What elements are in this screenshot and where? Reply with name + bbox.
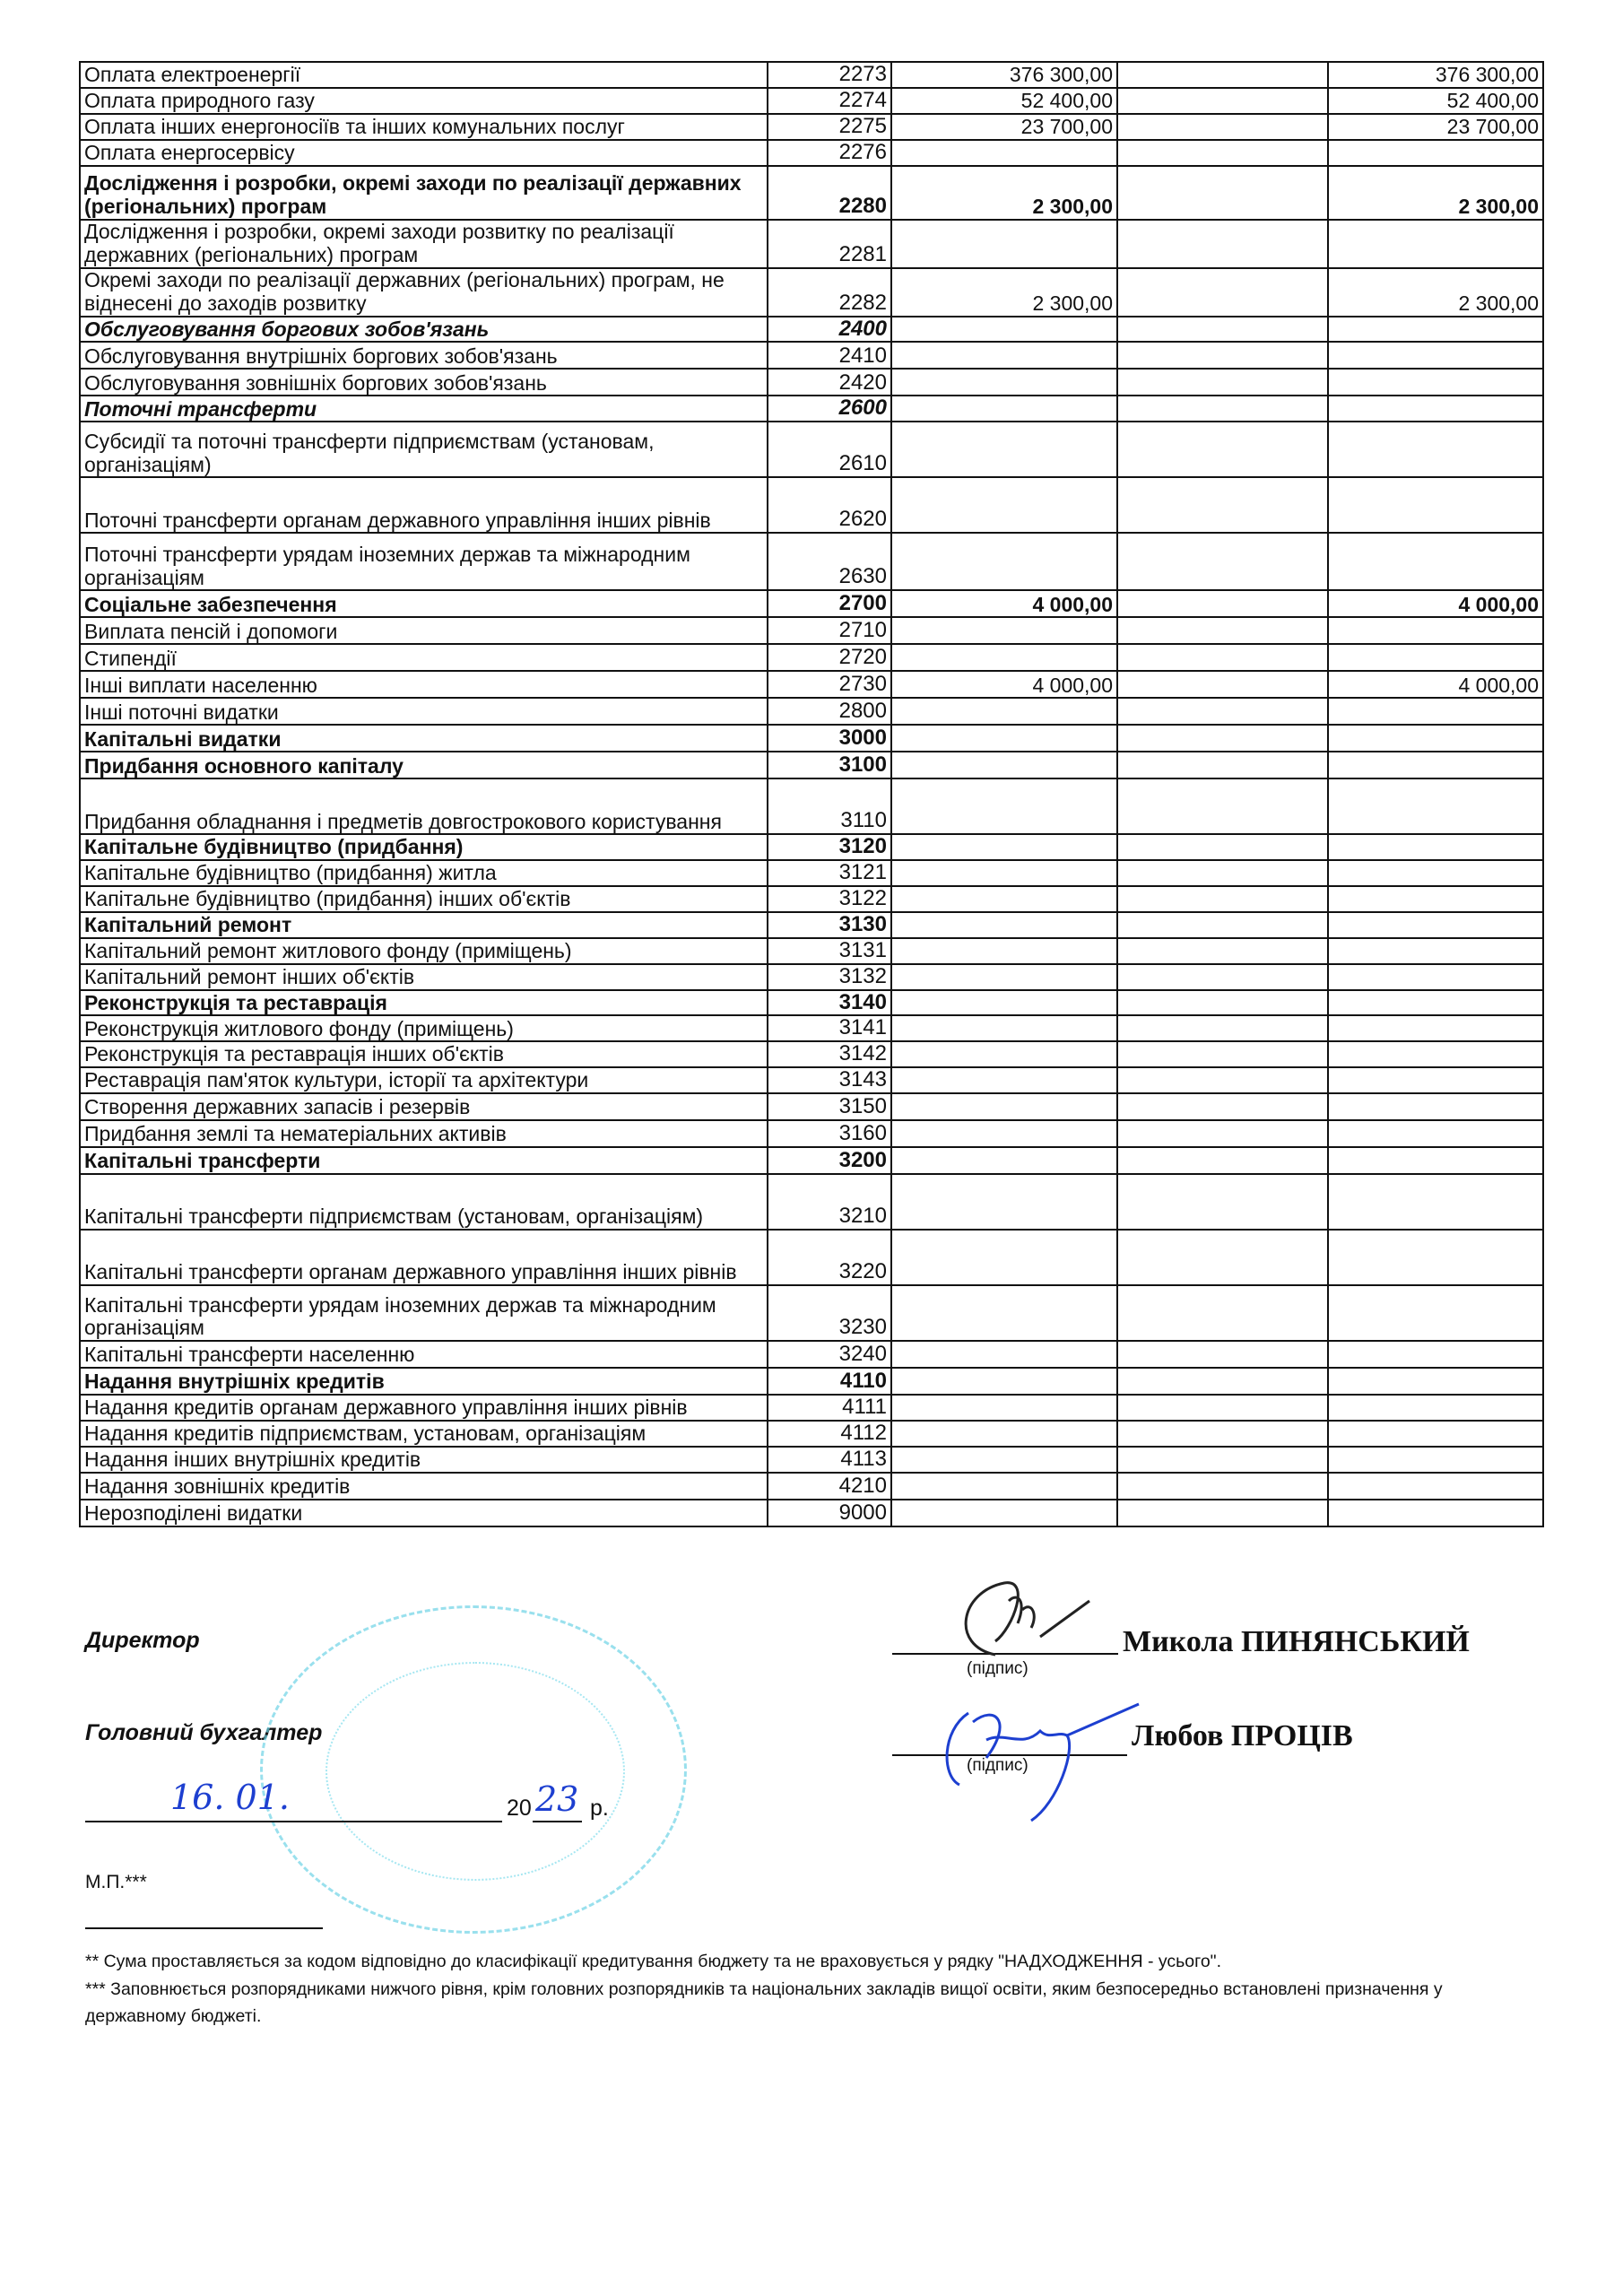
row-name: Оплата електроенергії [80, 62, 768, 88]
row-amount-general: 376 300,00 [891, 62, 1117, 88]
table-row: Надання зовнішніх кредитів4210 [80, 1473, 1543, 1500]
table-row: Обслуговування зовнішніх боргових зобов'… [80, 369, 1543, 396]
row-amount-general [891, 1147, 1117, 1174]
row-name: Придбання обладнання і предметів довгост… [80, 778, 768, 834]
row-amount-general [891, 617, 1117, 644]
row-amount-total [1328, 1395, 1543, 1421]
row-amount-total: 2 300,00 [1328, 166, 1543, 220]
row-amount-total: 2 300,00 [1328, 268, 1543, 317]
row-amount-total [1328, 886, 1543, 912]
row-name: Оплата енергосервісу [80, 140, 768, 166]
table-row: Реконструкція житлового фонду (приміщень… [80, 1015, 1543, 1041]
table-row: Реконструкція та реставрація інших об'єк… [80, 1041, 1543, 1067]
row-amount-general [891, 1368, 1117, 1395]
footnote-3: *** Заповнюється розпорядниками нижчого … [85, 1976, 1538, 2030]
row-amount-general [891, 1500, 1117, 1526]
row-amount-special [1117, 477, 1328, 533]
row-amount-general [891, 698, 1117, 725]
row-code: 2420 [768, 369, 891, 396]
row-amount-total [1328, 369, 1543, 396]
row-amount-total [1328, 1174, 1543, 1230]
row-code: 2710 [768, 617, 891, 644]
row-name: Обслуговування боргових зобов'язань [80, 317, 768, 343]
table-row: Поточні трансферти2600 [80, 396, 1543, 422]
table-row: Надання кредитів органам державного упра… [80, 1395, 1543, 1421]
row-amount-total [1328, 964, 1543, 990]
row-amount-total [1328, 860, 1543, 886]
row-amount-general [891, 1093, 1117, 1120]
row-amount-general [891, 912, 1117, 938]
row-name: Капітальний ремонт [80, 912, 768, 938]
row-name: Реставрація пам'яток культури, історії т… [80, 1067, 768, 1093]
row-code: 2720 [768, 644, 891, 671]
row-amount-general [891, 422, 1117, 477]
row-code: 2700 [768, 590, 891, 617]
row-amount-special [1117, 834, 1328, 860]
table-row: Капітальне будівництво (придбання) житла… [80, 860, 1543, 886]
row-amount-special [1117, 88, 1328, 114]
row-amount-total: 376 300,00 [1328, 62, 1543, 88]
row-amount-total [1328, 752, 1543, 778]
row-amount-general [891, 1174, 1117, 1230]
row-amount-special [1117, 1067, 1328, 1093]
row-amount-special [1117, 1447, 1328, 1473]
row-name: Капітальні трансферти органам державного… [80, 1230, 768, 1285]
row-name: Оплата природного газу [80, 88, 768, 114]
row-amount-general [891, 342, 1117, 369]
row-amount-special [1117, 62, 1328, 88]
row-amount-total [1328, 725, 1543, 752]
row-amount-general [891, 1473, 1117, 1500]
row-code: 2620 [768, 477, 891, 533]
row-code: 2800 [768, 698, 891, 725]
row-amount-special [1117, 1174, 1328, 1230]
row-code: 3121 [768, 860, 891, 886]
row-amount-general [891, 1341, 1117, 1368]
table-row: Придбання землі та нематеріальних активі… [80, 1120, 1543, 1147]
row-amount-total: 23 700,00 [1328, 114, 1543, 140]
table-row: Капітальні трансферти органам державного… [80, 1230, 1543, 1285]
row-amount-special [1117, 860, 1328, 886]
table-row: Капітальні трансферти населенню3240 [80, 1341, 1543, 1368]
row-amount-special [1117, 886, 1328, 912]
row-name: Соціальне забезпечення [80, 590, 768, 617]
table-row: Поточні трансферти урядам іноземних держ… [80, 533, 1543, 590]
row-amount-special [1117, 1230, 1328, 1285]
table-row: Виплата пенсій і допомоги2710 [80, 617, 1543, 644]
row-amount-special [1117, 166, 1328, 220]
row-name: Капітальний ремонт інших об'єктів [80, 964, 768, 990]
row-name: Реконструкція житлового фонду (приміщень… [80, 1015, 768, 1041]
row-amount-total [1328, 778, 1543, 834]
row-amount-general [891, 778, 1117, 834]
footnote-2: ** Сума проставляється за кодом відповід… [85, 1948, 1538, 1975]
row-amount-total [1328, 317, 1543, 343]
row-amount-general [891, 1395, 1117, 1421]
row-amount-total [1328, 1285, 1543, 1341]
row-name: Інші виплати населенню [80, 671, 768, 698]
row-amount-total: 52 400,00 [1328, 88, 1543, 114]
accountant-signature-icon [933, 1695, 1148, 1830]
row-code: 4112 [768, 1421, 891, 1447]
director-signature-caption: (підпис) [967, 1659, 1028, 1679]
row-amount-general [891, 938, 1117, 964]
table-row: Надання інших внутрішніх кредитів4113 [80, 1447, 1543, 1473]
row-name: Створення державних запасів і резервів [80, 1093, 768, 1120]
row-name: Надання інших внутрішніх кредитів [80, 1447, 768, 1473]
row-amount-general: 4 000,00 [891, 671, 1117, 698]
row-amount-special [1117, 1015, 1328, 1041]
row-code: 2730 [768, 671, 891, 698]
table-row: Обслуговування внутрішніх боргових зобов… [80, 342, 1543, 369]
row-name: Обслуговування внутрішніх боргових зобов… [80, 342, 768, 369]
row-code: 3131 [768, 938, 891, 964]
row-name: Придбання землі та нематеріальних активі… [80, 1120, 768, 1147]
row-name: Надання кредитів органам державного упра… [80, 1395, 768, 1421]
table-row: Надання кредитів підприємствам, установа… [80, 1421, 1543, 1447]
row-code: 2276 [768, 140, 891, 166]
table-row: Окремі заходи по реалізації державних (р… [80, 268, 1543, 317]
row-name: Капітальні трансферти підприємствам (уст… [80, 1174, 768, 1230]
row-amount-special [1117, 369, 1328, 396]
table-row: Капітальний ремонт житлового фонду (прим… [80, 938, 1543, 964]
row-amount-special [1117, 617, 1328, 644]
row-amount-total [1328, 1341, 1543, 1368]
row-code: 2630 [768, 533, 891, 590]
row-amount-special [1117, 422, 1328, 477]
row-amount-general [891, 964, 1117, 990]
table-row: Надання внутрішніх кредитів4110 [80, 1368, 1543, 1395]
row-amount-special [1117, 964, 1328, 990]
row-name: Капітальне будівництво (придбання) житла [80, 860, 768, 886]
table-row: Створення державних запасів і резервів31… [80, 1093, 1543, 1120]
year-suffix: р. [590, 1796, 609, 1822]
row-amount-general [891, 477, 1117, 533]
row-amount-total [1328, 617, 1543, 644]
row-code: 4210 [768, 1473, 891, 1500]
row-code: 3100 [768, 752, 891, 778]
row-code: 2600 [768, 396, 891, 422]
row-amount-total [1328, 1447, 1543, 1473]
row-amount-total: 4 000,00 [1328, 671, 1543, 698]
row-amount-general: 2 300,00 [891, 166, 1117, 220]
row-code: 3140 [768, 990, 891, 1016]
row-name: Інші поточні видатки [80, 698, 768, 725]
row-amount-special [1117, 1120, 1328, 1147]
row-name: Реконструкція та реставрація інших об'єк… [80, 1041, 768, 1067]
row-name: Окремі заходи по реалізації державних (р… [80, 268, 768, 317]
row-name: Виплата пенсій і допомоги [80, 617, 768, 644]
year-prefix: 20 [507, 1796, 532, 1822]
row-amount-total [1328, 1473, 1543, 1500]
row-amount-special [1117, 1473, 1328, 1500]
row-amount-total [1328, 698, 1543, 725]
row-amount-total [1328, 220, 1543, 268]
table-row: Капітальні трансферти урядам іноземних д… [80, 1285, 1543, 1341]
table-row: Капітальні видатки3000 [80, 725, 1543, 752]
row-code: 4111 [768, 1395, 891, 1421]
row-amount-special [1117, 396, 1328, 422]
row-amount-total [1328, 1067, 1543, 1093]
row-code: 2273 [768, 62, 891, 88]
row-code: 3160 [768, 1120, 891, 1147]
row-amount-general [891, 1015, 1117, 1041]
row-amount-general [891, 1067, 1117, 1093]
row-name: Капітальні трансферти урядам іноземних д… [80, 1285, 768, 1341]
row-amount-total [1328, 1368, 1543, 1395]
row-amount-general [891, 1285, 1117, 1341]
row-amount-special [1117, 1285, 1328, 1341]
row-amount-special [1117, 698, 1328, 725]
row-amount-special [1117, 114, 1328, 140]
row-amount-special [1117, 990, 1328, 1016]
row-code: 3230 [768, 1285, 891, 1341]
row-code: 3240 [768, 1341, 891, 1368]
row-name: Обслуговування зовнішніх боргових зобов'… [80, 369, 768, 396]
row-name: Нерозподілені видатки [80, 1500, 768, 1526]
row-amount-special [1117, 268, 1328, 317]
table-row: Оплата інших енергоносіїв та інших комун… [80, 114, 1543, 140]
row-name: Капітальні видатки [80, 725, 768, 752]
row-amount-special [1117, 1041, 1328, 1067]
table-row: Стипендії2720 [80, 644, 1543, 671]
row-code: 3142 [768, 1041, 891, 1067]
row-amount-special [1117, 1341, 1328, 1368]
row-name: Надання кредитів підприємствам, установа… [80, 1421, 768, 1447]
row-amount-special [1117, 317, 1328, 343]
row-amount-total [1328, 834, 1543, 860]
table-row: Інші виплати населенню27304 000,004 000,… [80, 671, 1543, 698]
table-row: Капітальні трансферти3200 [80, 1147, 1543, 1174]
table-row: Придбання обладнання і предметів довгост… [80, 778, 1543, 834]
accountant-name: Любов ПРОЦІВ [1132, 1719, 1353, 1753]
table-row: Капітальне будівництво (придбання) інших… [80, 886, 1543, 912]
row-amount-general [891, 1230, 1117, 1285]
table-row: Капітальний ремонт інших об'єктів3132 [80, 964, 1543, 990]
row-amount-general [891, 140, 1117, 166]
row-amount-total [1328, 342, 1543, 369]
row-amount-special [1117, 671, 1328, 698]
table-row: Нерозподілені видатки9000 [80, 1500, 1543, 1526]
row-name: Надання внутрішніх кредитів [80, 1368, 768, 1395]
row-amount-total [1328, 396, 1543, 422]
row-amount-total [1328, 912, 1543, 938]
table-row: Соціальне забезпечення27004 000,004 000,… [80, 590, 1543, 617]
row-amount-general [891, 886, 1117, 912]
row-amount-general [891, 317, 1117, 343]
row-name: Субсидії та поточні трансферти підприємс… [80, 422, 768, 477]
row-amount-total [1328, 1230, 1543, 1285]
row-code: 2400 [768, 317, 891, 343]
row-name: Стипендії [80, 644, 768, 671]
row-amount-total [1328, 938, 1543, 964]
row-code: 3132 [768, 964, 891, 990]
date-line [85, 1821, 502, 1822]
row-amount-total [1328, 1041, 1543, 1067]
row-amount-special [1117, 1368, 1328, 1395]
row-amount-general [891, 396, 1117, 422]
row-name: Капітальне будівництво (придбання) [80, 834, 768, 860]
row-amount-total [1328, 1421, 1543, 1447]
row-amount-special [1117, 644, 1328, 671]
row-code: 2281 [768, 220, 891, 268]
row-amount-special [1117, 1421, 1328, 1447]
row-code: 2282 [768, 268, 891, 317]
row-name: Поточні трансферти органам державного уп… [80, 477, 768, 533]
row-amount-general [891, 369, 1117, 396]
row-amount-total [1328, 533, 1543, 590]
row-name: Капітальний ремонт житлового фонду (прим… [80, 938, 768, 964]
row-code: 4113 [768, 1447, 891, 1473]
director-label: Директор [85, 1628, 200, 1654]
table-row: Оплата електроенергії2273376 300,00376 3… [80, 62, 1543, 88]
row-code: 3200 [768, 1147, 891, 1174]
row-amount-total [1328, 1093, 1543, 1120]
row-name: Поточні трансферти [80, 396, 768, 422]
row-amount-general [891, 990, 1117, 1016]
row-code: 3122 [768, 886, 891, 912]
row-code: 3110 [768, 778, 891, 834]
row-code: 2280 [768, 166, 891, 220]
table-row: Реконструкція та реставрація3140 [80, 990, 1543, 1016]
table-row: Субсидії та поточні трансферти підприємс… [80, 422, 1543, 477]
row-code: 9000 [768, 1500, 891, 1526]
row-name: Дослідження і розробки, окремі заходи по… [80, 166, 768, 220]
row-amount-general [891, 220, 1117, 268]
row-amount-special [1117, 533, 1328, 590]
row-amount-general [891, 752, 1117, 778]
row-code: 3130 [768, 912, 891, 938]
row-amount-special [1117, 1093, 1328, 1120]
row-amount-special [1117, 725, 1328, 752]
row-amount-special [1117, 342, 1328, 369]
row-amount-general: 4 000,00 [891, 590, 1117, 617]
table-row: Капітальні трансферти підприємствам (уст… [80, 1174, 1543, 1230]
row-amount-total: 4 000,00 [1328, 590, 1543, 617]
table-row: Оплата енергосервісу2276 [80, 140, 1543, 166]
row-code: 2275 [768, 114, 891, 140]
row-amount-general: 2 300,00 [891, 268, 1117, 317]
row-amount-special [1117, 1395, 1328, 1421]
table-row: Оплата природного газу227452 400,0052 40… [80, 88, 1543, 114]
table-row: Капітальне будівництво (придбання)3120 [80, 834, 1543, 860]
year-handwritten: 23 [535, 1779, 578, 1819]
table-row: Дослідження і розробки, окремі заходи ро… [80, 220, 1543, 268]
row-name: Оплата інших енергоносіїв та інших комун… [80, 114, 768, 140]
row-name: Реконструкція та реставрація [80, 990, 768, 1016]
row-amount-general [891, 1447, 1117, 1473]
official-stamp [260, 1605, 687, 1934]
row-amount-general [891, 834, 1117, 860]
table-row: Дослідження і розробки, окремі заходи по… [80, 166, 1543, 220]
row-amount-general [891, 533, 1117, 590]
row-amount-special [1117, 220, 1328, 268]
row-name: Дослідження і розробки, окремі заходи ро… [80, 220, 768, 268]
footnote-separator [85, 1927, 323, 1929]
table-row: Обслуговування боргових зобов'язань2400 [80, 317, 1543, 343]
row-amount-total [1328, 1015, 1543, 1041]
row-amount-special [1117, 1147, 1328, 1174]
row-code: 3220 [768, 1230, 891, 1285]
table-row: Придбання основного капіталу3100 [80, 752, 1543, 778]
row-amount-general [891, 1041, 1117, 1067]
table-row: Поточні трансферти органам державного уп… [80, 477, 1543, 533]
director-signature-icon [933, 1574, 1130, 1664]
date-handwritten: 16. 01. [170, 1778, 290, 1817]
row-name: Капітальні трансферти населенню [80, 1341, 768, 1368]
row-amount-total [1328, 990, 1543, 1016]
row-amount-special [1117, 1500, 1328, 1526]
row-code: 3120 [768, 834, 891, 860]
table-row: Капітальний ремонт3130 [80, 912, 1543, 938]
row-amount-special [1117, 140, 1328, 166]
director-name: Микола ПИНЯНСЬКИЙ [1123, 1625, 1470, 1659]
row-code: 2410 [768, 342, 891, 369]
row-code: 3141 [768, 1015, 891, 1041]
row-code: 3150 [768, 1093, 891, 1120]
row-code: 2274 [768, 88, 891, 114]
row-amount-special [1117, 912, 1328, 938]
row-name: Капітальне будівництво (придбання) інших… [80, 886, 768, 912]
row-amount-general [891, 860, 1117, 886]
row-code: 3143 [768, 1067, 891, 1093]
row-amount-general [891, 1421, 1117, 1447]
row-name: Надання зовнішніх кредитів [80, 1473, 768, 1500]
row-code: 4110 [768, 1368, 891, 1395]
row-amount-special [1117, 590, 1328, 617]
row-name: Поточні трансферти урядам іноземних держ… [80, 533, 768, 590]
row-amount-total [1328, 140, 1543, 166]
row-amount-total [1328, 644, 1543, 671]
row-amount-general: 52 400,00 [891, 88, 1117, 114]
row-amount-general: 23 700,00 [891, 114, 1117, 140]
stamp-place-label: М.П.*** [85, 1872, 147, 1893]
row-name: Капітальні трансферти [80, 1147, 768, 1174]
row-amount-total [1328, 1147, 1543, 1174]
table-row: Інші поточні видатки2800 [80, 698, 1543, 725]
row-amount-total [1328, 422, 1543, 477]
year-line [533, 1821, 582, 1822]
accountant-signature-caption: (підпис) [967, 1756, 1028, 1776]
row-amount-special [1117, 778, 1328, 834]
row-amount-total [1328, 1500, 1543, 1526]
row-amount-general [891, 1120, 1117, 1147]
row-code: 2610 [768, 422, 891, 477]
row-amount-total [1328, 1120, 1543, 1147]
expenditure-table: Оплата електроенергії2273376 300,00376 3… [79, 61, 1544, 1527]
row-name: Придбання основного капіталу [80, 752, 768, 778]
row-amount-special [1117, 752, 1328, 778]
row-code: 3000 [768, 725, 891, 752]
row-amount-general [891, 644, 1117, 671]
row-code: 3210 [768, 1174, 891, 1230]
row-amount-special [1117, 938, 1328, 964]
table-row: Реставрація пам'яток культури, історії т… [80, 1067, 1543, 1093]
row-amount-total [1328, 477, 1543, 533]
row-amount-general [891, 725, 1117, 752]
